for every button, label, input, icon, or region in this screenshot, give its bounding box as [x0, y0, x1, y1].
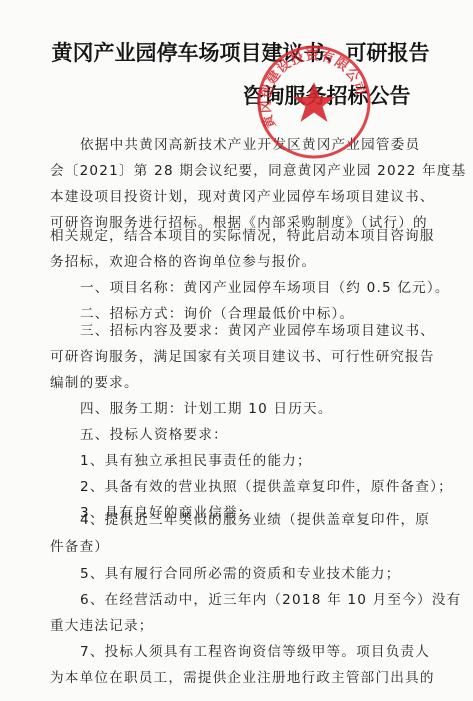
- document-title-line2: 咨询服务招标公告: [0, 80, 473, 110]
- body-line: 1、具有独立承担民事责任的能力；: [80, 452, 440, 470]
- body-line: 务招标，欢迎合格的咨询单位参与报价。: [50, 253, 440, 271]
- body-line: 二、招标方式：询价（合理最低价中标）。: [80, 305, 440, 323]
- body-line: 五、投标人资格要求：: [80, 426, 440, 444]
- body-line: 四、服务工期：计划工期 10 日历天。: [80, 400, 440, 418]
- body-line: 编制的要求。: [50, 374, 440, 392]
- body-line: 会〔2021〕第 28 期会议纪要，同意黄冈产业园 2022 年度基: [50, 162, 440, 180]
- body-line: 7、投标人须具有工程咨询资信等级甲等。项目负责人: [80, 643, 440, 661]
- body-line: 4、提供近三年类似的服务业绩（提供盖章复印件，原: [80, 511, 440, 529]
- body-line: 可研咨询服务，满足国家有关项目建议书、可行性研究报告: [50, 348, 440, 366]
- body-line: 2、具备有效的营业执照（提供盖章复印件，原件备查）；: [80, 478, 440, 496]
- body-line: 为本单位在职员工，需提供企业注册地行政主管部门出具的: [50, 669, 440, 687]
- document-title-line1: 黄冈产业园停车场项目建议书、可研报告: [0, 37, 473, 67]
- body-line: 一、项目名称：黄冈产业园停车场项目（约 0.5 亿元）。: [80, 279, 440, 297]
- body-line: 重大违法记录；: [50, 617, 440, 635]
- body-line: 相关规定，结合本项目的实际情况，特此启动本项目咨询服: [50, 227, 440, 245]
- body-line: 6、在经营活动中，近三年内（2018 年 10 月至今）没有: [80, 591, 440, 609]
- body-line: 依据中共黄冈高新技术产业开发区黄冈产业园管委员: [80, 136, 440, 154]
- body-line: 本建设项目投资计划，现对黄冈产业园停车场项目建议书、: [50, 188, 440, 206]
- document-page: 黄冈产业园停车场项目建议书、可研报告 咨询服务招标公告 依据中共黄冈高新技术产业…: [0, 0, 473, 701]
- body-line: 5、具有履行合同所必需的资质和专业技术能力；: [80, 565, 440, 583]
- body-line: 三、招标内容及要求：黄冈产业园停车场项目建议书、: [80, 322, 440, 340]
- body-line: 件备查）: [50, 538, 440, 556]
